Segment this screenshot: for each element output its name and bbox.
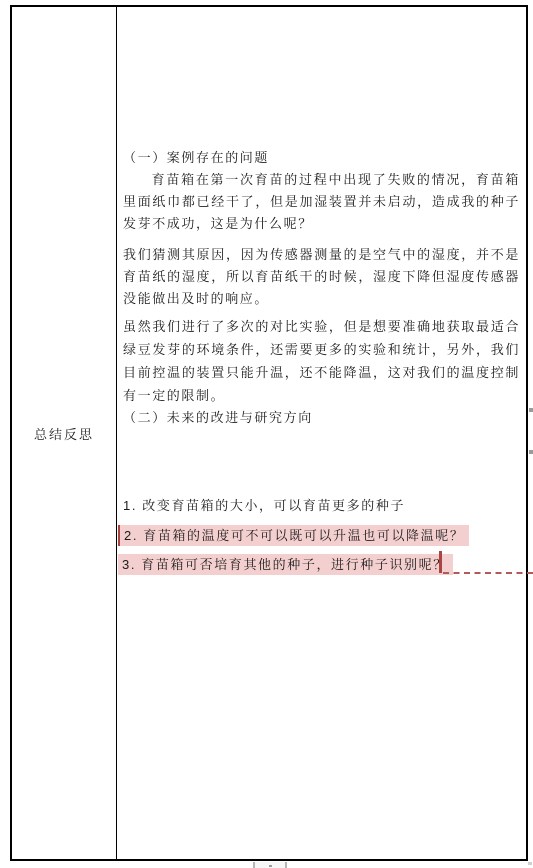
improvement-item-2-comment-highlight[interactable]: 2. 育苗箱的温度可不可以既可以升温也可以降温呢？ — [118, 525, 469, 546]
section1-paragraph-2: 我们猜测其原因，因为传感器测量的是空气中的湿度，并不是育苗纸的湿度，所以育苗纸干… — [123, 244, 520, 310]
comment-leader-line — [443, 572, 533, 574]
table-cell-row-header: 总结反思 — [12, 7, 117, 859]
summary-table: 总结反思 （一）案例存在的问题 育苗箱在第一次育苗的过程中出现了失败的情况，育苗… — [10, 5, 528, 861]
section1-heading: （一）案例存在的问题 — [123, 147, 520, 169]
section1-paragraph-1: 育苗箱在第一次育苗的过程中出现了失败的情况，育苗箱里面纸巾都已经干了，但是加湿装… — [123, 169, 520, 235]
clipped-margin-mark-2 — [529, 450, 533, 454]
section2-heading: （二）未来的改进与研究方向 — [123, 407, 520, 429]
clipped-margin-mark-3 — [528, 862, 532, 865]
row-header-label: 总结反思 — [34, 424, 94, 443]
improvement-item-1-text: 1. 改变育苗箱的大小，可以育苗更多的种子 — [123, 498, 405, 513]
improvement-item-2: 2. 育苗箱的温度可不可以既可以升温也可以降温呢？ — [123, 525, 520, 547]
scroll-handle-dot-icon — [269, 865, 272, 867]
improvement-item-3-comment-highlight[interactable]: 3. 育苗箱可否培育其他的种子，进行种子识别呢？ — [118, 554, 453, 575]
improvement-item-1: 1. 改变育苗箱的大小，可以育苗更多的种子 — [123, 495, 520, 517]
clipped-margin-mark-1 — [529, 408, 533, 412]
document-page: 总结反思 （一）案例存在的问题 育苗箱在第一次育苗的过程中出现了失败的情况，育苗… — [0, 0, 533, 868]
section1-paragraph-3: 虽然我们进行了多次的对比实验，但是想要准确地获取最适合绿豆发芽的环境条件，还需要… — [123, 315, 520, 407]
page-bottom-scroll-handle[interactable] — [253, 862, 287, 868]
table-cell-content: （一）案例存在的问题 育苗箱在第一次育苗的过程中出现了失败的情况，育苗箱里面纸巾… — [117, 7, 526, 859]
comment-end-bracket — [439, 551, 442, 573]
